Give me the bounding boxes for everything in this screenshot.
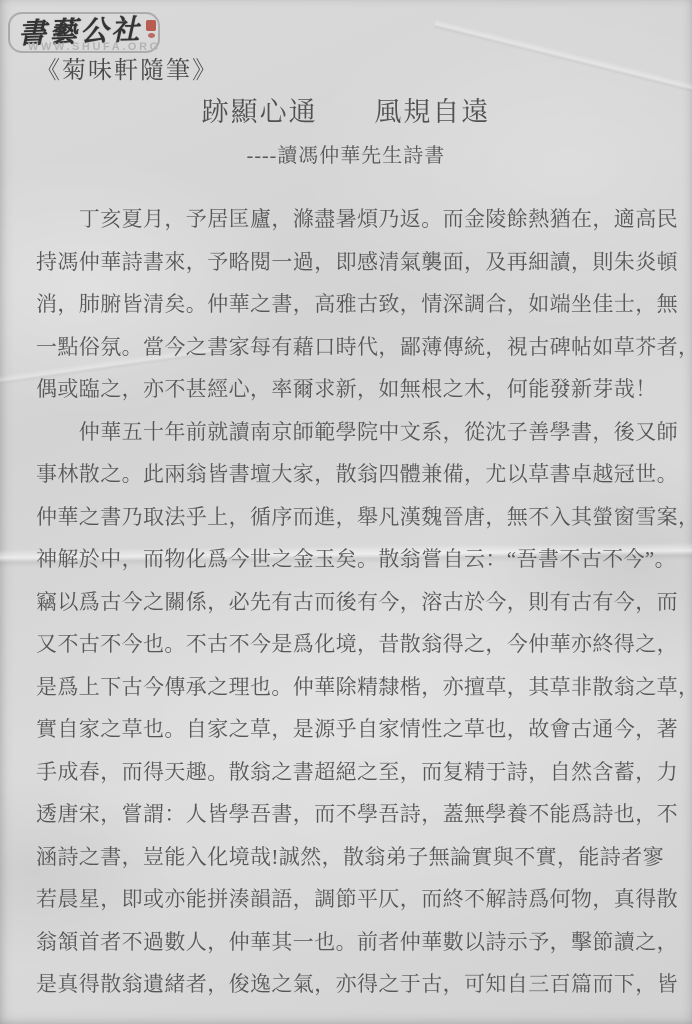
seal-dot — [148, 33, 155, 38]
body-line: 仲華五十年前就讀南京師範學院中文系，從沈子善學書，後又師 — [36, 411, 666, 454]
body-line: 又不古不今也。不古不今是爲化境，昔散翁得之，今仲華亦終得之， — [36, 623, 666, 666]
body-line: 是真得散翁遺緒者，俊逸之氣，亦得之于古，可知自三百篇而下，皆 — [36, 963, 666, 1006]
scanned-document-page: 書藝公社 WWW.SHUFA.ORG 《菊味軒隨筆》 跡顯心通 風規自遠 ---… — [0, 0, 692, 1024]
body-line: 透唐宋，嘗謂：人皆學吾書，而不學吾詩，蓋無學養不能爲詩也，不 — [36, 793, 666, 836]
body-line: 手成春，而得天趣。散翁之書超絕之至，而复精于詩，自然含蓄，力 — [36, 751, 666, 794]
essay-heading: 跡顯心通 風規自遠 — [0, 90, 692, 129]
notebook-title: 《菊味軒隨筆》 — [36, 50, 218, 85]
body-line: 一點俗氛。當今之書家每有藉口時代，鄙薄傳統，視古碑帖如草芥者， — [36, 326, 666, 369]
body-line: 丁亥夏月，予居匡廬，滌盡暑煩乃返。而金陵餘熱猶在，適高民 — [36, 198, 666, 241]
body-line: 偶或臨之，亦不甚經心，率爾求新，如無根之木，何能發新芽哉！ — [36, 368, 666, 411]
red-seal-stamp-icon — [146, 20, 157, 37]
body-text: 丁亥夏月，予居匡廬，滌盡暑煩乃返。而金陵餘熱猶在，適高民持馮仲華詩書來，予略閱一… — [36, 198, 666, 1006]
seal-mark — [146, 20, 156, 31]
body-line: 持馮仲華詩書來，予略閱一過，即感清氣襲面，及再細讀，則朱炎頓 — [36, 241, 666, 284]
body-line: 消，肺腑皆清矣。仲華之書，高雅古致，情深調合，如端坐佳士，無 — [36, 283, 666, 326]
body-line: 仲華之書乃取法乎上，循序而進，舉凡漢魏晉唐，無不入其螢窗雪案， — [36, 496, 666, 539]
body-line: 涵詩之書，豈能入化境哉!誠然，散翁弟子無論實與不實，能詩者寥 — [36, 836, 666, 879]
body-line: 是爲上下古今傳承之理也。仲華除精隸楷，亦擅草，其草非散翁之草， — [36, 666, 666, 709]
body-line: 若晨星，即或亦能拼湊韻語，調節平仄，而終不解詩爲何物，真得散 — [36, 878, 666, 921]
body-line: 翁頷首者不過數人，仲華其一也。前者仲華數以詩示予，擊節讀之， — [36, 921, 666, 964]
essay-heading-right: 風規自遠 — [374, 97, 490, 127]
essay-heading-left: 跡顯心通 — [202, 97, 318, 127]
body-line: 神解於中，而物化爲今世之金玉矣。散翁嘗自云：“吾書不古不今”。 — [36, 538, 666, 581]
essay-subtitle: ----讀馮仲華先生詩書 — [0, 139, 692, 168]
body-line: 實自家之草也。自家之草，是源乎自家情性之草也，故會古通今，著 — [36, 708, 666, 751]
body-line: 事林散之。此兩翁皆書壇大家，散翁四體兼備，尤以草書卓越冠世。 — [36, 453, 666, 496]
body-line: 竊以爲古今之關係，必先有古而後有今，溶古於今，則有古有今，而 — [36, 581, 666, 624]
